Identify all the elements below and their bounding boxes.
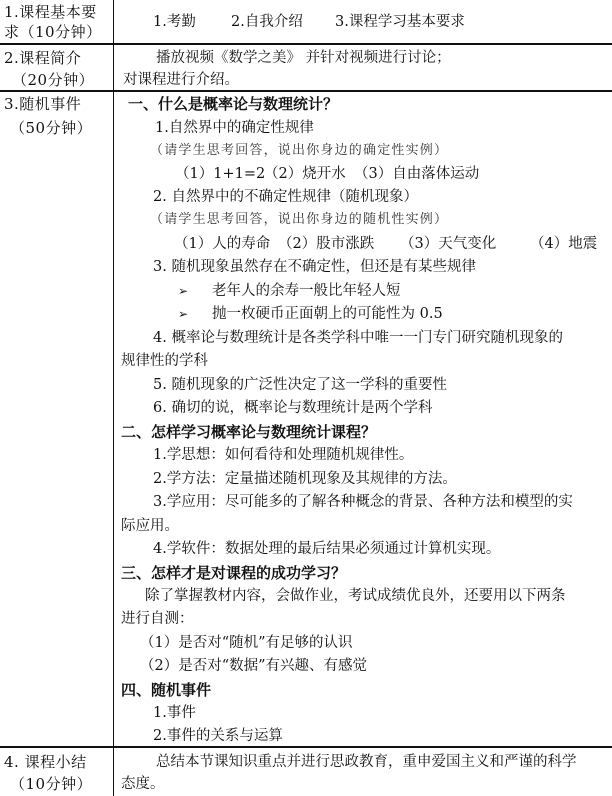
paragraph: 除了掌握教材内容，会做作业，考试成绩优良外，还要用以下两条 — [145, 586, 566, 606]
content-item: 3.课程学习基本要求 — [335, 12, 465, 32]
section-heading: 一、什么是概率论与数理统计？ — [128, 94, 338, 114]
list-item: 1.事件 — [153, 703, 196, 723]
list-item: 4. 概率论与数理统计是各类学科中唯一一门专门研究随机现象的 — [153, 328, 563, 348]
list-item: 1.自然界中的确定性规律 — [155, 118, 314, 138]
list-item: 1.学思想：如何看待和处理随机规律性。 — [153, 445, 413, 465]
content-text: 播放视频《数学之美》 并针对视频进行讨论； — [156, 48, 451, 68]
row-label: 1.课程基本要 — [4, 2, 97, 22]
row-label: 2.课程简介 — [4, 48, 81, 68]
list-item: （2）是否对“数据”有兴趣、有感觉 — [140, 656, 367, 676]
list-item: （1）是否对“随机”有足够的认识 — [140, 633, 353, 653]
example: （3）自由落体运动 — [354, 164, 479, 184]
list-item: 3.学应用：尽可能多的了解各种概念的背景、各种方法和模型的实 — [153, 492, 573, 512]
example: （3）天气变化 — [400, 234, 496, 254]
row-label-duration: （20分钟） — [12, 70, 94, 90]
row-divider — [0, 43, 612, 45]
list-item: 2.事件的关系与运算 — [153, 726, 283, 746]
list-item-continuation: 规律性的学科 — [121, 351, 208, 371]
column-divider — [113, 0, 114, 796]
list-item: 2. 自然界中的不确定性规律（随机现象） — [153, 187, 418, 207]
content-item: 1.考勤 — [153, 12, 196, 32]
arrow-bullet-icon: ➢ — [178, 304, 212, 324]
note-text: （请学生思考回答，说出你身边的确定性实例） — [150, 141, 448, 161]
row-divider — [0, 746, 612, 748]
section-heading: 四、随机事件 — [121, 680, 211, 700]
list-item: 6. 确切的说，概率论与数理统计是两个学科 — [153, 398, 432, 418]
content-text: 对课程进行介绍。 — [123, 70, 239, 90]
list-item: 5. 随机现象的广泛性决定了这一学科的重要性 — [153, 375, 447, 395]
section-heading: 三、怎样才是对课程的成功学习？ — [121, 563, 346, 583]
row-label: 3.随机事件 — [4, 94, 81, 114]
row-divider — [0, 90, 612, 92]
list-item: 2.学方法：定量描述随机现象及其规律的方法。 — [153, 469, 457, 489]
list-item: 4.学软件：数据处理的最后结果必须通过计算机实现。 — [153, 539, 500, 559]
row-label-duration: 求（10分钟） — [4, 22, 102, 42]
example: （2）烧开水 — [264, 164, 346, 184]
content-text: 总结本节课知识重点并进行思政教育，重申爱国主义和严谨的科学 — [156, 752, 577, 772]
example: （2）股市涨跌 — [278, 234, 374, 254]
example: （4）地震 — [530, 234, 597, 254]
bullet-item: ➢抛一枚硬币正面朝上的可能性为 0.5 — [178, 304, 443, 324]
paragraph-continuation: 进行自测： — [121, 609, 194, 629]
arrow-bullet-icon: ➢ — [178, 281, 212, 301]
note-text: （请学生思考回答，说出你身边的随机性实例） — [150, 210, 448, 230]
list-item-continuation: 际应用。 — [121, 516, 179, 536]
bullet-item: ➢老年人的余寿一般比年轻人短 — [178, 281, 401, 301]
row-label: 4. 课程小结 — [4, 752, 87, 772]
example: （1）人的寿命 — [174, 234, 270, 254]
lesson-plan-table: 1.课程基本要 求（10分钟） 1.考勤 2.自我介绍 3.课程学习基本要求 2… — [0, 0, 612, 796]
row-label-duration: （10分钟） — [10, 774, 92, 794]
content-item: 2.自我介绍 — [231, 12, 303, 32]
row-label-duration: （50分钟） — [10, 118, 92, 138]
example: （1）1+1=2 — [175, 164, 265, 184]
list-item: 3. 随机现象虽然存在不确定性，但还是有某些规律 — [153, 257, 476, 277]
section-heading: 二、怎样学习概率论与数理统计课程？ — [121, 422, 376, 442]
content-text: 态度。 — [121, 774, 165, 794]
